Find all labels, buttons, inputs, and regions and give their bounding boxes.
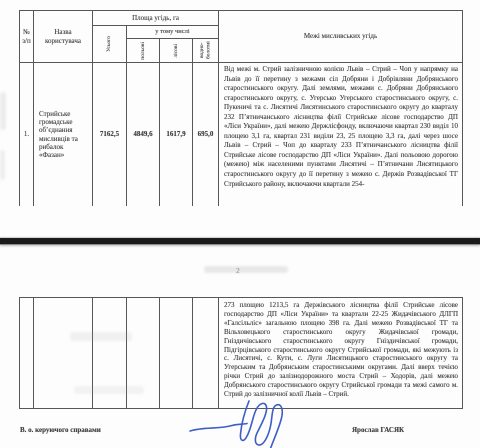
field-area-cell: 4849,6: [127, 63, 160, 206]
scan-smudge: [204, 266, 288, 273]
wetland-area-cell: 695,0: [193, 63, 219, 206]
col-header-total-label: Усього: [106, 36, 113, 52]
user-name-cell: Стрийське громадське об’єднання мисливці…: [34, 63, 93, 206]
col-header-forest-label: лісові: [173, 44, 180, 58]
signer-name: Ярослав ГАСЯК: [352, 426, 404, 434]
col-header-field-label: польові: [140, 42, 147, 60]
handwritten-signature: [186, 392, 316, 448]
page-number: 2: [236, 266, 240, 275]
signer-title: В. о. керуючого справами: [20, 426, 101, 434]
scan-smudge: [74, 386, 144, 394]
col-header-user-name: Назва користувача: [34, 11, 93, 63]
scanned-document: № з/п Назва користувача Площа угідь, га …: [0, 0, 480, 448]
empty-cell: [20, 298, 34, 408]
forest-area-cell: 1617,9: [160, 63, 193, 206]
col-header-wetland-label: водно-болотні: [199, 39, 212, 62]
col-header-including: у тому числі: [127, 26, 219, 39]
page-break-bar: [0, 238, 480, 244]
col-header-wetland: водно-болотні: [193, 39, 219, 63]
col-header-total: Усього: [93, 26, 127, 63]
col-header-bounds: Межі мисливських угідь: [219, 11, 462, 63]
hunting-grounds-table-page1: № з/п Назва користувача Площа угідь, га …: [19, 10, 463, 206]
scan-smudge: [70, 332, 132, 341]
bounds-description-page1: Від межі м. Стрий залізничною колією Льв…: [219, 63, 462, 206]
scan-smudge: [0, 150, 5, 180]
row-number-cell: 1.: [20, 63, 34, 206]
col-header-forest: лісові: [160, 39, 193, 63]
col-header-area-group: Площа угідь, га: [93, 11, 219, 26]
col-header-field: польові: [127, 39, 160, 63]
col-header-number: № з/п: [20, 11, 34, 63]
total-area-cell: 7162,5: [93, 63, 127, 206]
scan-smudge: [0, 92, 6, 130]
